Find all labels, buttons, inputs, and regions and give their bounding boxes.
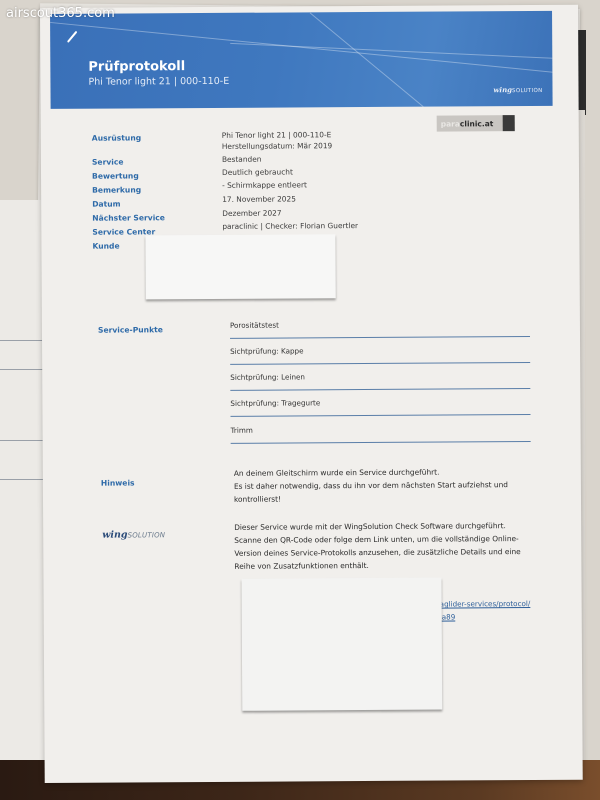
service-point-item: Sichtprüfung: Tragegurte (230, 397, 530, 417)
wingsolution-text: Dieser Service wurde mit der WingSolutio… (234, 519, 554, 573)
value-service: Bestanden (222, 155, 262, 164)
watermark: airscout365.com (6, 6, 115, 21)
label-ausruestung: Ausrüstung (92, 133, 141, 142)
hinweis-text: An deinem Gleitschirm wurde ein Service … (234, 465, 554, 506)
service-point-item: Porositätstest (230, 319, 530, 339)
label-kunde: Kunde (92, 242, 119, 251)
online-protocol-link[interactable]: aglider-services/protocol/ (440, 599, 531, 609)
paraclinic-logo: paraclinic.at (437, 115, 515, 131)
header-banner: Prüfprotokoll Phi Tenor light 21 | 000-1… (50, 11, 553, 109)
value-ausruestung: Phi Tenor light 21 | 000-110-E (222, 130, 332, 140)
protocol-document: Prüfprotokoll Phi Tenor light 21 | 000-1… (40, 5, 583, 783)
label-naechster-service: Nächster Service (92, 213, 165, 222)
value-bemerkung: - Schirmkappe entleert (222, 180, 307, 190)
service-point-item: Sichtprüfung: Leinen (230, 371, 530, 391)
customer-redaction-paper (145, 234, 335, 299)
label-hinweis: Hinweis (101, 478, 135, 487)
label-service: Service (92, 157, 124, 166)
paraclinic-logo-mark (503, 115, 515, 131)
qr-code-redaction-paper (241, 578, 442, 711)
value-bewertung: Deutlich gebraucht (222, 167, 293, 176)
label-bemerkung: Bemerkung (92, 185, 141, 194)
wingsolution-header-logo: wingSOLUTION (493, 85, 542, 94)
label-service-punkte: Service-Punkte (98, 325, 163, 334)
wingsolution-logo: wingSOLUTION (102, 529, 165, 540)
document-subtitle: Phi Tenor light 21 | 000-110-E (88, 76, 229, 88)
service-point-item: Trimm (231, 424, 531, 444)
value-datum: 17. November 2025 (222, 194, 296, 203)
value-herstellungsdatum: Herstellungsdatum: Mär 2019 (222, 141, 332, 151)
online-protocol-link-continued[interactable]: 'a89 (440, 612, 456, 621)
document-title: Prüfprotokoll (88, 59, 185, 75)
value-naechster-service: Dezember 2027 (222, 209, 281, 218)
label-bewertung: Bewertung (92, 171, 139, 180)
pencil-mark (67, 31, 77, 43)
value-service-center: paraclinic | Checker: Florian Guertler (222, 221, 358, 231)
label-datum: Datum (92, 200, 120, 209)
service-point-item: Sichtprüfung: Kappe (230, 345, 530, 365)
